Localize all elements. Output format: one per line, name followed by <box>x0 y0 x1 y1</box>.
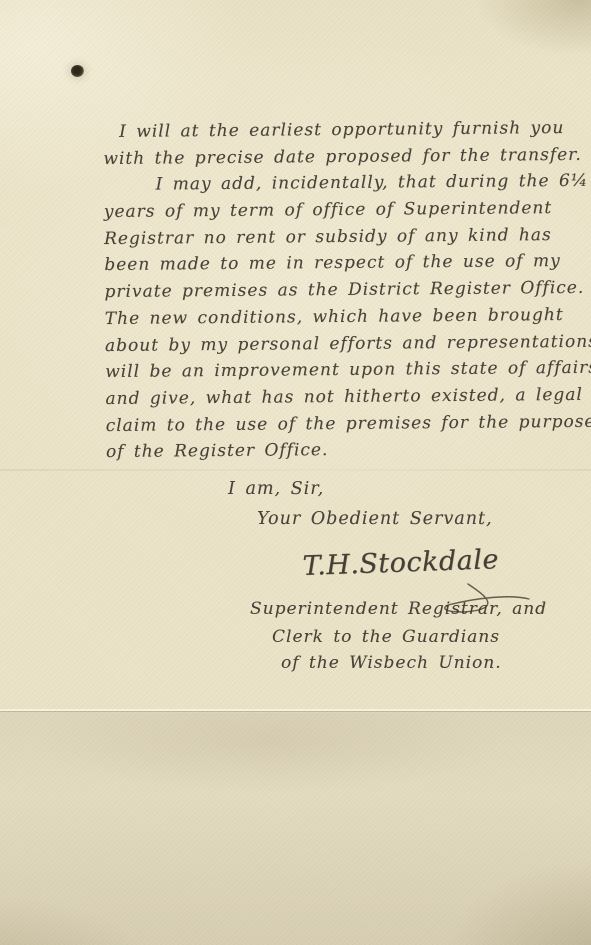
closing-valediction: Your Obedient Servant, <box>257 509 493 529</box>
letter-line: The new conditions, which have been brou… <box>105 301 591 332</box>
letter-line: I may add, incidentally, that during the… <box>155 168 591 199</box>
letter-scan: I will at the earliest opportunity furni… <box>0 0 591 945</box>
letter-line: claim to the use of the premises for the… <box>106 408 591 439</box>
signature: T.H.Stockdale <box>302 544 499 582</box>
letter-line: about by my personal efforts and represe… <box>105 328 591 359</box>
closing-salutation: I am, Sir, <box>228 479 324 499</box>
letter-line: will be an improvement upon this state o… <box>105 355 591 386</box>
letter-line: years of my term of office of Superinten… <box>104 195 591 226</box>
letter-line: and give, what has not hitherto existed,… <box>105 382 591 413</box>
faint-crease <box>0 469 591 471</box>
letter-body: I will at the earliest opportunity furni… <box>103 115 591 466</box>
letter-line: private premises as the District Registe… <box>104 275 591 306</box>
letter-line: of the Register Office. <box>106 435 591 466</box>
letter-line: Registrar no rent or subsidy of any kind… <box>104 221 591 252</box>
punch-hole <box>71 65 84 77</box>
letter-line: I will at the earliest opportunity furni… <box>119 115 591 146</box>
signoff-role-line: Clerk to the Guardians <box>272 627 500 647</box>
signoff-role-line: Superintendent Registrar, and <box>250 599 547 619</box>
below-fold-shading <box>0 713 591 945</box>
letter-line: been made to me in respect of the use of… <box>104 248 591 279</box>
signoff-role-line: of the Wisbech Union. <box>281 653 502 673</box>
letter-line: with the precise date proposed for the t… <box>103 141 591 172</box>
fold-crease <box>0 709 591 713</box>
